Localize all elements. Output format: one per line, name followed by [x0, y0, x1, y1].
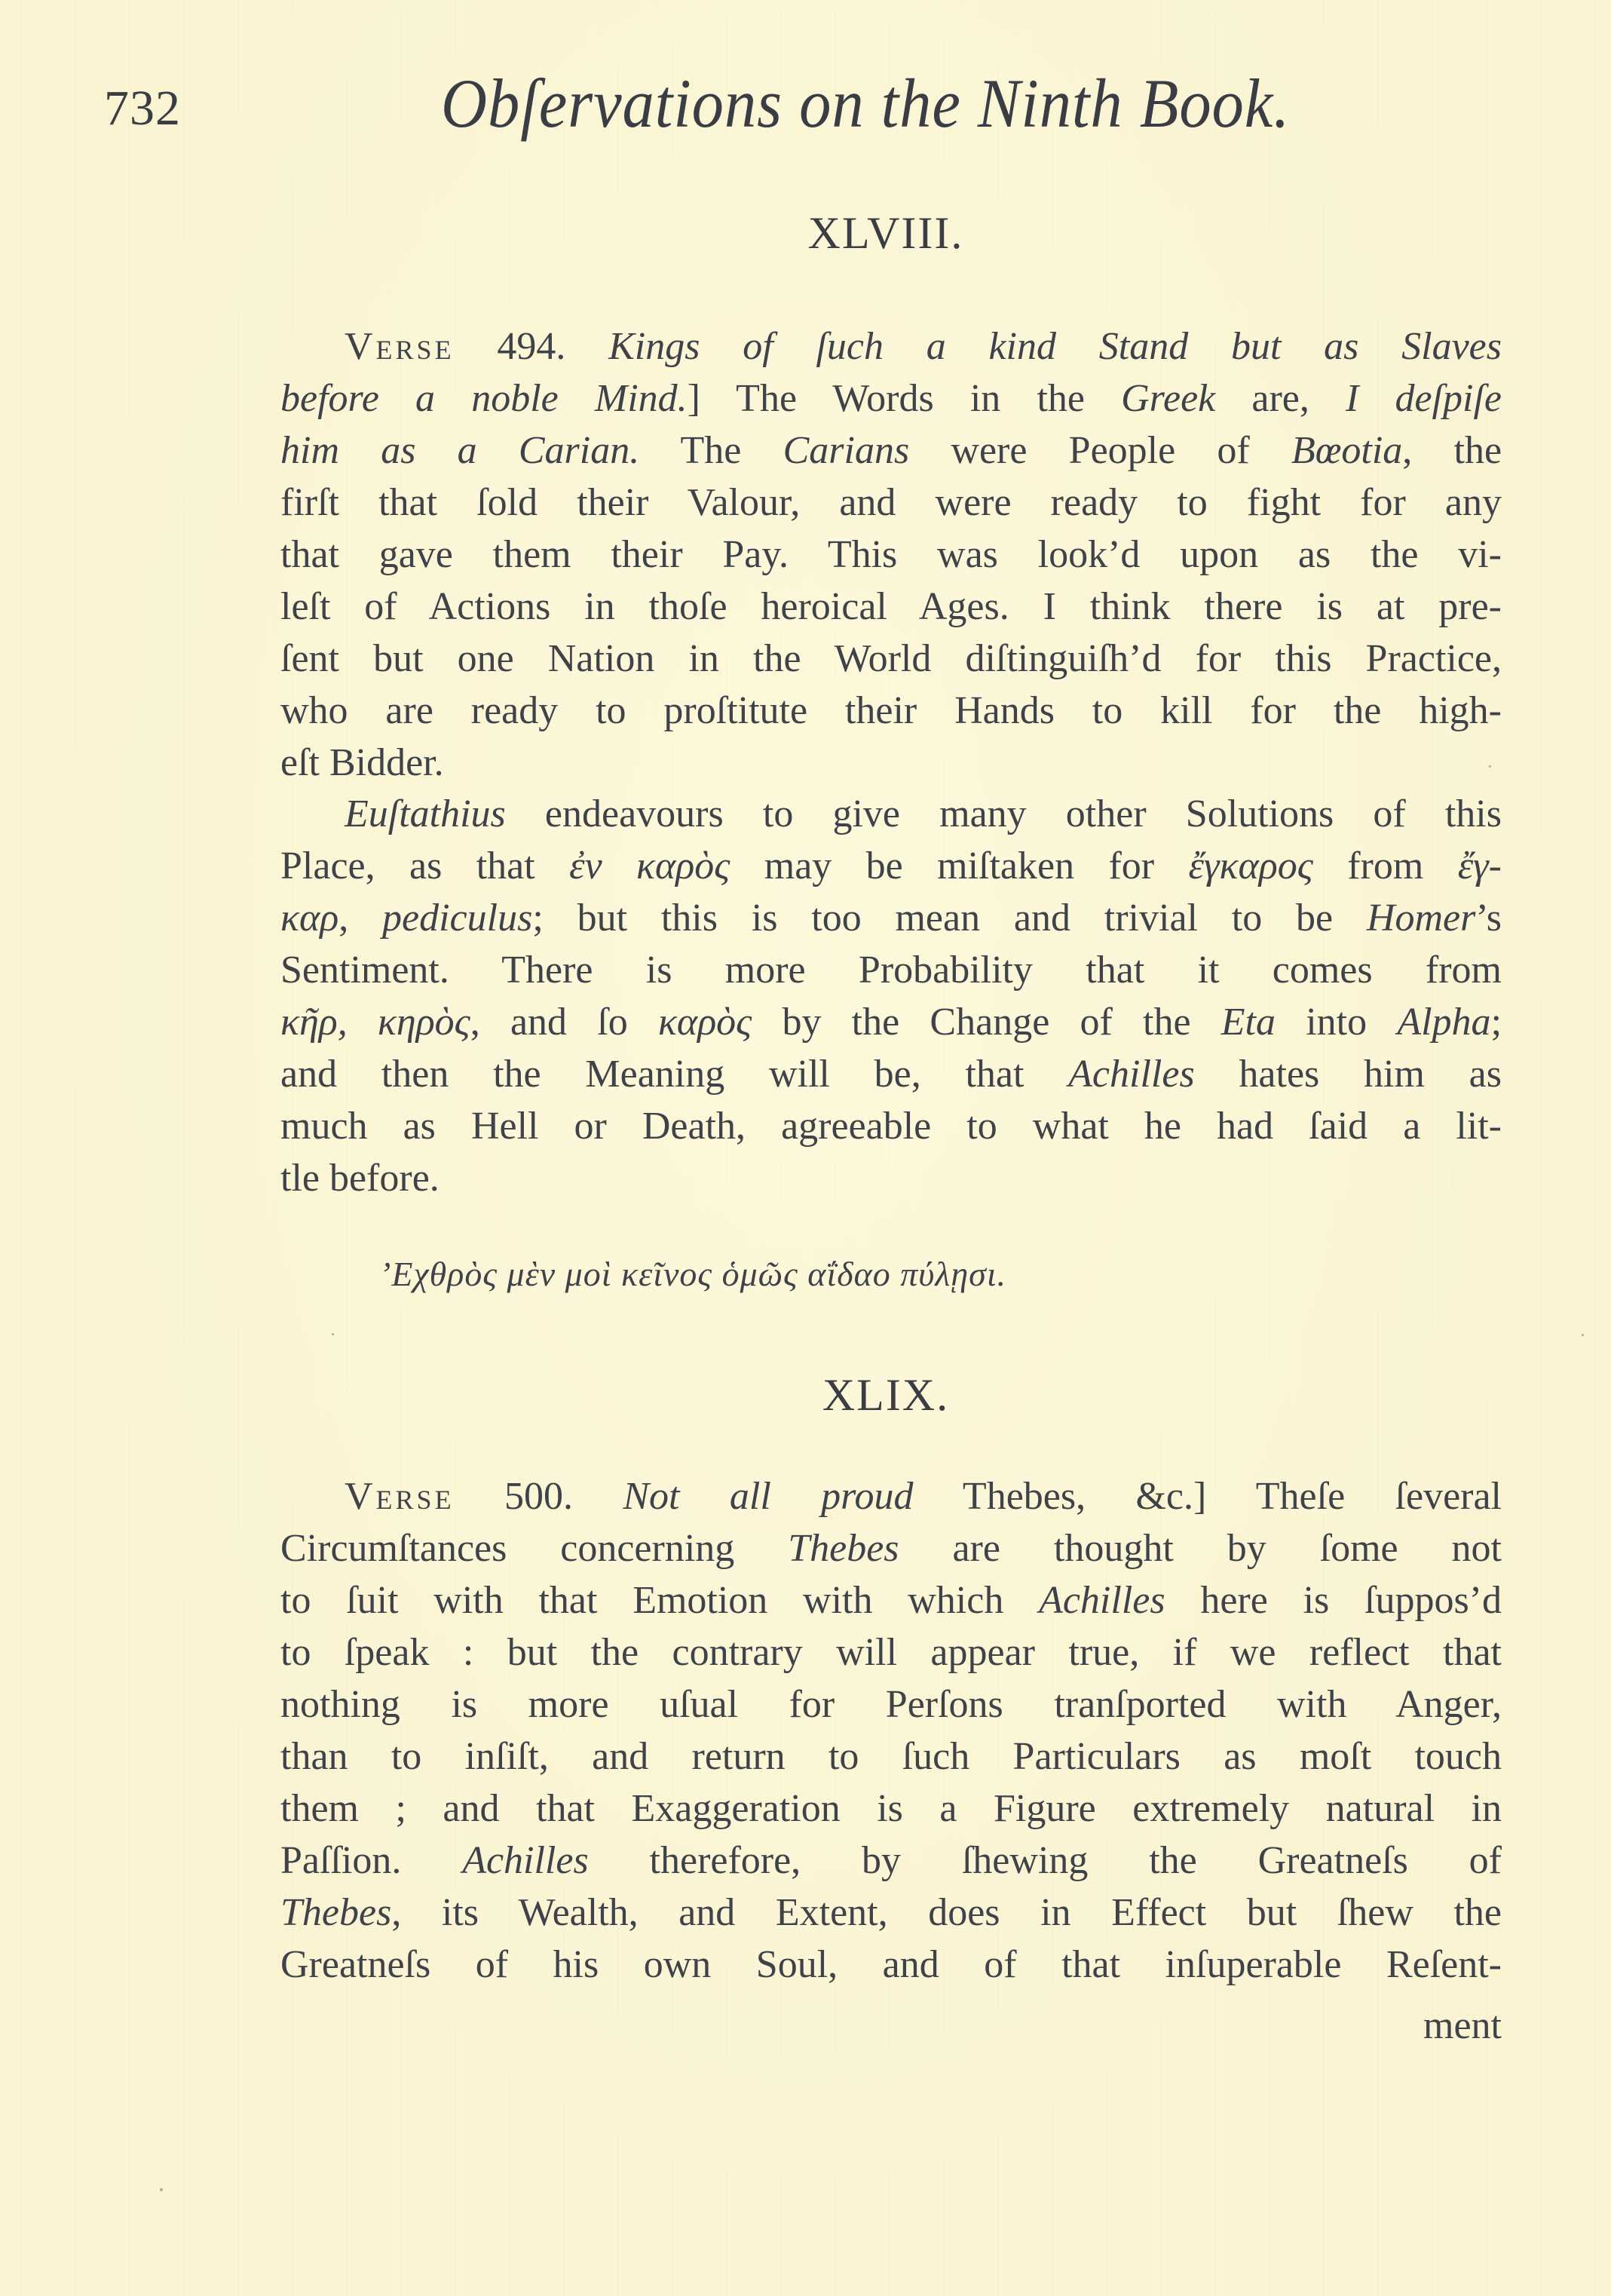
text-run: to ſpeak : but the contrary will appear …	[280, 1631, 1502, 1674]
paper-speck	[160, 2188, 163, 2191]
text-run: leſt of Actions in thoſe heroical Ages. …	[280, 585, 1502, 628]
text-line: Greatneſs of his own Soul, and of that i…	[280, 1939, 1502, 1991]
text-line: before a noble Mind.] The Words in the G…	[280, 372, 1502, 425]
text-run: them ; and that Exaggeration is a Figure…	[280, 1787, 1502, 1830]
text-run: and then the Meaning will be, that	[280, 1053, 1068, 1096]
italic-run: him as a Carian.	[280, 429, 639, 472]
text-run: from	[1313, 845, 1458, 887]
italic-run: Not all proud	[623, 1475, 913, 1518]
text-line: tle before.	[280, 1152, 1502, 1204]
text-line: him as a Carian. The Carians were People…	[280, 425, 1502, 477]
text-line: ſent but one Nation in the World diſting…	[280, 633, 1502, 685]
text-run: here is ſuppos’d	[1165, 1579, 1502, 1622]
italic-run: Thebes	[280, 1891, 391, 1934]
greek-quotation: ’Εχθρὸς μὲν μοὶ κεῖνος ὁμῶς αΐδαο πύλῃσι…	[379, 1252, 1006, 1297]
text-run: much as Hell or Death, agreeable to what…	[280, 1105, 1502, 1148]
text-run: Paſſion.	[280, 1839, 462, 1882]
italic-run: Achilles	[1039, 1579, 1165, 1622]
italic-run: Bœotia	[1291, 429, 1402, 472]
book-page: 732 Obſervations on the Ninth Book. XLVI…	[0, 0, 1611, 2296]
text-line: Verse 500. Not all proud Thebes, &c.] Th…	[345, 1470, 1502, 1522]
text-run: by the Change of the	[752, 1001, 1221, 1044]
text-run: Place, as that	[280, 845, 569, 887]
text-line: nothing is more uſual for Perſons tranſp…	[280, 1678, 1502, 1730]
text-run: , its Wealth, and Extent, does in Effect…	[391, 1891, 1502, 1934]
italic-run: Alpha	[1397, 1001, 1490, 1044]
text-run: who are ready to proſtitute their Hands …	[280, 689, 1502, 732]
text-run: eſt Bidder.	[280, 741, 444, 784]
small-caps-run: Verse	[345, 325, 455, 368]
text-line: to ſuit with that Emotion with which Ach…	[280, 1574, 1502, 1626]
text-line: Place, as that ἐν καρὸς may be miſtaken …	[280, 840, 1502, 892]
text-line: Thebes, its Wealth, and Extent, does in …	[280, 1887, 1502, 1939]
italic-run: κῆρ, κηρὸς	[280, 1001, 470, 1044]
text-run: ’s	[1475, 897, 1502, 940]
text-line: than to inſiſt, and return to ſuch Parti…	[280, 1730, 1502, 1783]
catchword: ment	[1423, 2000, 1502, 2052]
text-run: , and ſo	[470, 1001, 658, 1044]
text-run: tle before.	[280, 1157, 440, 1200]
text-line: who are ready to proſtitute their Hands …	[280, 685, 1502, 737]
italic-run: Achilles	[1068, 1053, 1195, 1096]
section-heading-xlix: XLIX.	[0, 1369, 1611, 1421]
italic-run: Thebes	[788, 1527, 899, 1570]
italic-run: I deſpiſe	[1346, 377, 1502, 420]
paper-speck	[1582, 1334, 1584, 1336]
text-run: Greatneſs of his own Soul, and of that i…	[280, 1943, 1502, 1986]
italic-run: Kings of ſuch a kind Stand but as Slaves	[608, 325, 1502, 368]
text-line: and then the Meaning will be, that Achil…	[280, 1048, 1502, 1100]
italic-run: ἔγκαρος	[1189, 845, 1313, 887]
text-run: may be miſtaken for	[730, 845, 1188, 887]
small-caps-run: Verse	[345, 1475, 455, 1518]
text-line: them ; and that Exaggeration is a Figure…	[280, 1783, 1502, 1835]
text-run: endeavours to give many other Solutions …	[506, 792, 1502, 835]
italic-run: Euſtathius	[345, 792, 506, 835]
text-run: Sentiment. There is more Probability tha…	[280, 949, 1502, 992]
text-run: than to inſiſt, and return to ſuch Parti…	[280, 1735, 1502, 1778]
running-head: Obſervations on the Ninth Book.	[441, 62, 1290, 145]
italic-run: Eta	[1221, 1001, 1276, 1044]
italic-run: ἐν καρὸς	[569, 845, 730, 887]
italic-run: Homer	[1367, 897, 1475, 940]
text-line: Paſſion. Achilles therefore, by ſhewing …	[280, 1835, 1502, 1887]
text-line: Euſtathius endeavours to give many other…	[345, 788, 1502, 840]
italic-run: καρὸς	[658, 1001, 752, 1044]
italic-run: ἔγ-	[1458, 845, 1502, 887]
text-run: 494.	[455, 325, 609, 368]
text-run: to ſuit with that Emotion with which	[280, 1579, 1039, 1622]
text-run: firſt that ſold their Valour, and were r…	[280, 481, 1502, 524]
text-line: leſt of Actions in thoſe heroical Ages. …	[280, 581, 1502, 633]
text-run: are thought by ſome not	[899, 1527, 1502, 1570]
text-line: καρ, pediculus; but this is too mean and…	[280, 892, 1502, 944]
text-run: The	[639, 429, 783, 472]
paper-speck	[332, 1333, 334, 1335]
text-line: that gave them their Pay. This was look’…	[280, 529, 1502, 581]
italic-run: Carians	[783, 429, 910, 472]
text-run: ] The Words in the	[688, 377, 1121, 420]
page-number: 732	[104, 78, 181, 139]
text-run: were People of	[909, 429, 1291, 472]
text-line: firſt that ſold their Valour, and were r…	[280, 477, 1502, 529]
text-line: to ſpeak : but the contrary will appear …	[280, 1626, 1502, 1678]
italic-run: Achilles	[462, 1839, 589, 1882]
paper-speck	[1489, 765, 1491, 768]
text-run: Thebes, &c.] Theſe ſeveral	[913, 1475, 1502, 1518]
italic-run: before a noble Mind.	[280, 377, 688, 420]
text-line: Sentiment. There is more Probability tha…	[280, 944, 1502, 996]
text-run: nothing is more uſual for Perſons tranſp…	[280, 1683, 1502, 1726]
italic-run: pediculus	[382, 897, 532, 940]
text-run: ;	[1491, 1001, 1502, 1044]
text-line: eſt Bidder.	[280, 737, 1502, 789]
section-heading-xlviii: XLVIII.	[0, 207, 1611, 259]
italic-run: Greek	[1121, 377, 1215, 420]
text-run: are,	[1215, 377, 1346, 420]
text-run: , the	[1402, 429, 1502, 472]
text-run: hates him as	[1195, 1053, 1502, 1096]
text-run: that gave them their Pay. This was look’…	[280, 533, 1502, 576]
text-run: into	[1276, 1001, 1397, 1044]
text-line: Verse 494. Kings of ſuch a kind Stand bu…	[345, 320, 1502, 372]
text-line: much as Hell or Death, agreeable to what…	[280, 1100, 1502, 1152]
text-run: 500.	[455, 1475, 623, 1518]
text-run: Circumſtances concerning	[280, 1527, 788, 1570]
text-run: ſent but one Nation in the World diſting…	[280, 637, 1502, 680]
italic-run: καρ	[280, 897, 338, 940]
text-line: κῆρ, κηρὸς, and ſo καρὸς by the Change o…	[280, 996, 1502, 1048]
text-run: therefore, by ſhewing the Greatneſs of	[589, 1839, 1502, 1882]
text-line: Circumſtances concerning Thebes are thou…	[280, 1522, 1502, 1574]
text-run: ,	[338, 897, 382, 940]
text-run: ; but this is too mean and trivial to be	[532, 897, 1367, 940]
